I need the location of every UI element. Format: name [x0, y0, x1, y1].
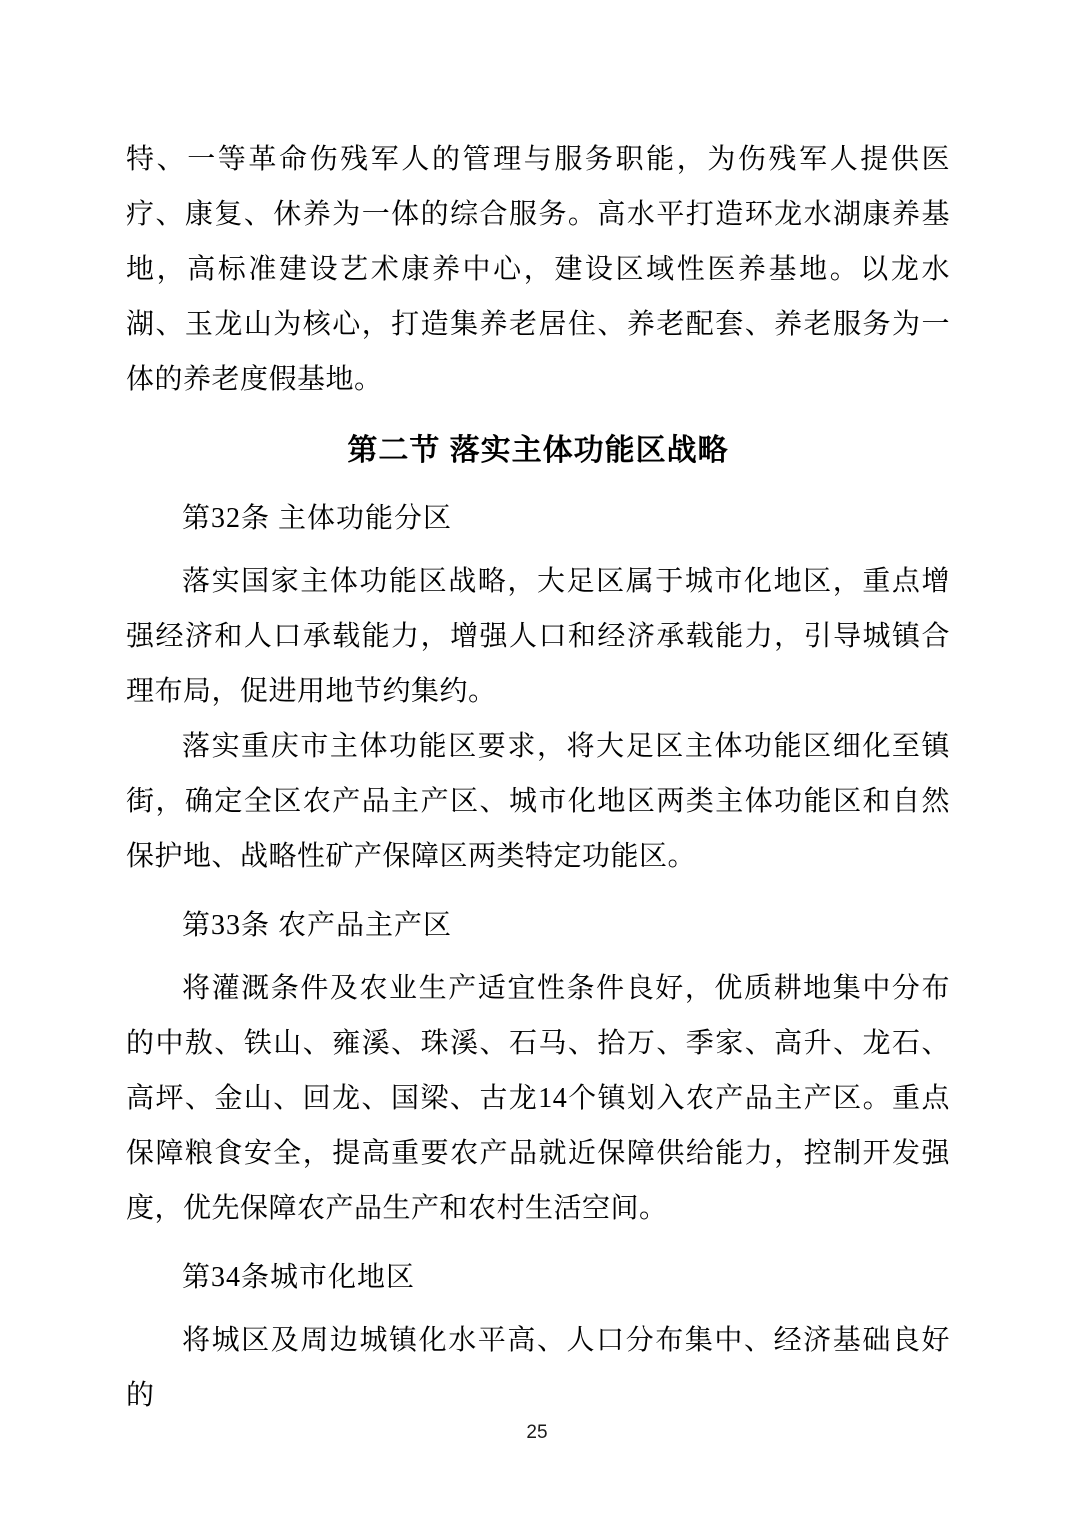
article-33-paragraph-1: 将灌溉条件及农业生产适宜性条件良好，优质耕地集中分布的中敖、铁山、雍溪、珠溪、石…: [126, 961, 950, 1236]
article-34-paragraph-1: 将城区及周边城镇化水平高、人口分布集中、经济基础良好的: [126, 1313, 950, 1423]
article-34-title: 第34条城市化地区: [126, 1250, 950, 1305]
article-32-paragraph-2: 落实重庆市主体功能区要求，将大足区主体功能区细化至镇街，确定全区农产品主产区、城…: [126, 719, 950, 884]
page-number: 25: [0, 1422, 1074, 1444]
article-32-title: 第32条 主体功能分区: [126, 491, 950, 546]
article-32-paragraph-1: 落实国家主体功能区战略，大足区属于城市化地区，重点增强经济和人口承载能力，增强人…: [126, 554, 950, 719]
section-heading: 第二节 落实主体功能区战略: [126, 431, 950, 471]
intro-paragraph: 特、一等革命伤残军人的管理与服务职能，为伤残军人提供医疗、康复、休养为一体的综合…: [126, 132, 950, 407]
document-page: 特、一等革命伤残军人的管理与服务职能，为伤残军人提供医疗、康复、休养为一体的综合…: [0, 0, 1074, 1520]
page-content: 特、一等革命伤残军人的管理与服务职能，为伤残军人提供医疗、康复、休养为一体的综合…: [126, 132, 950, 1423]
article-33-title: 第33条 农产品主产区: [126, 898, 950, 953]
